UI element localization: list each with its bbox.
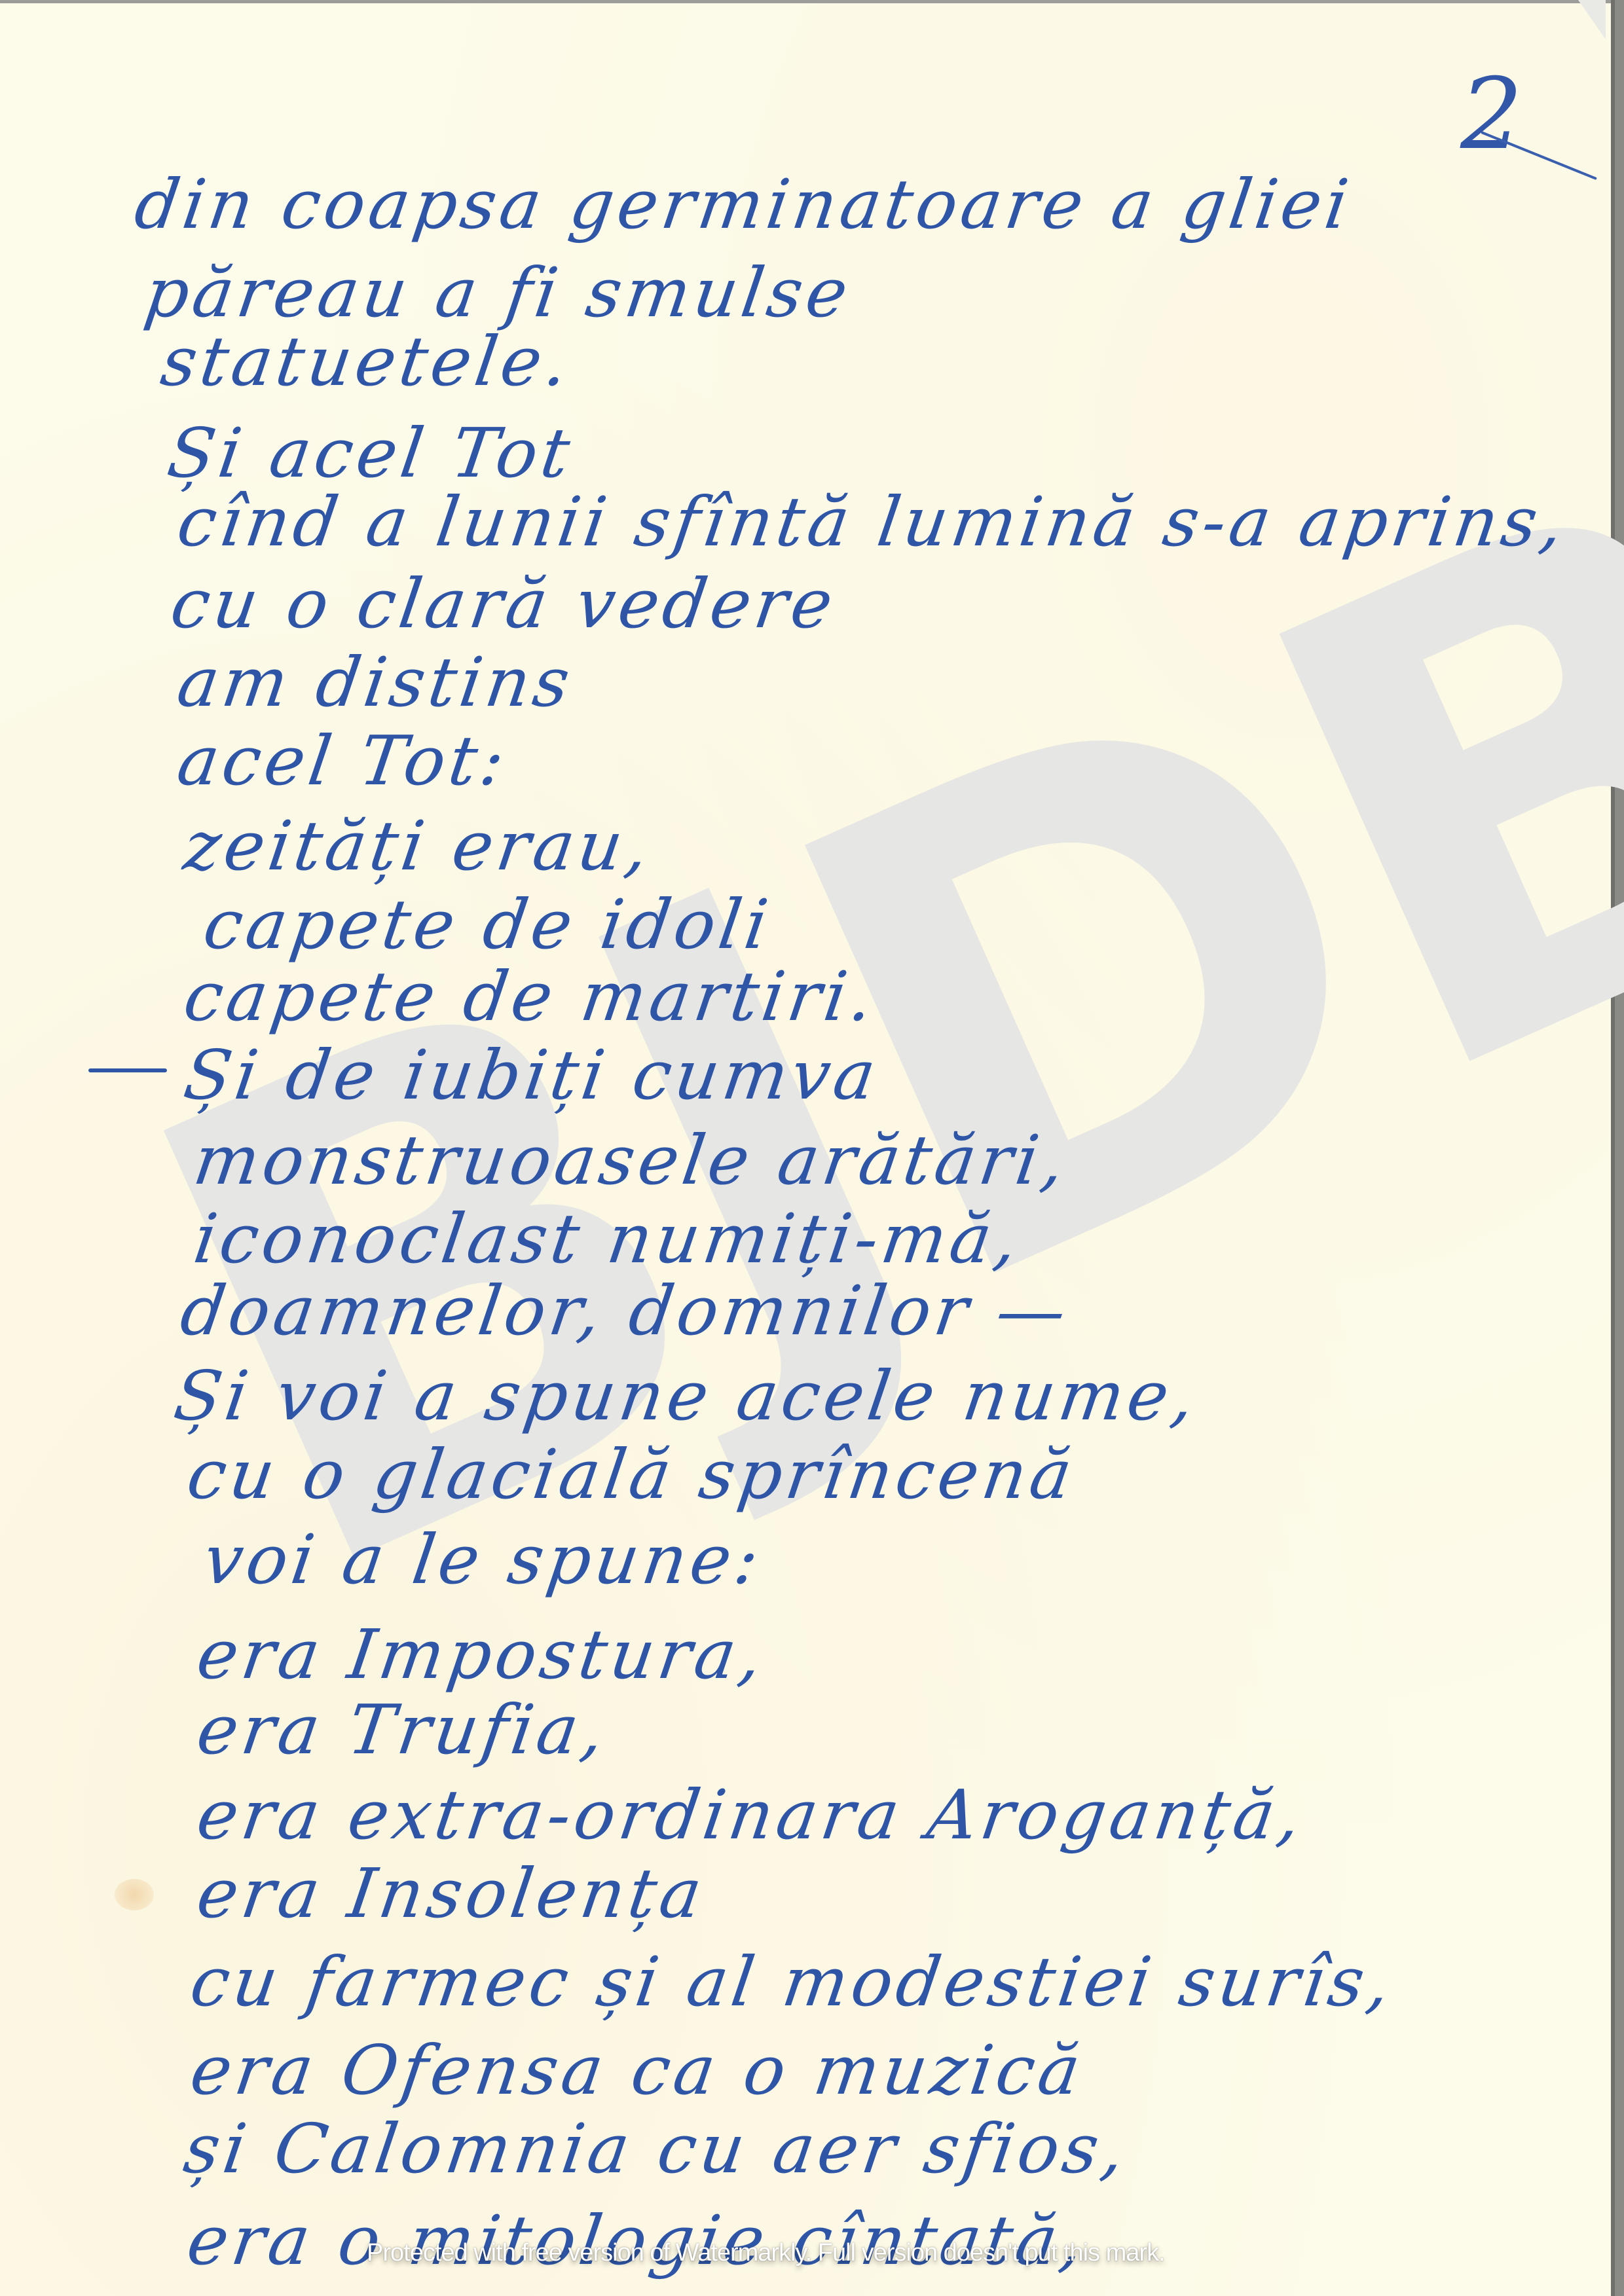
text-line: era Trufia, <box>193 1696 612 1764</box>
text-line: cînd a lunii sfîntă lumină s-a aprins, <box>174 488 1571 556</box>
text-line: cu o clară vedere <box>167 570 841 638</box>
text-line: era Ofensa ca o muzică <box>187 2036 1088 2104</box>
em-dash-mark <box>88 1068 167 1072</box>
text-line: statuetele. <box>157 327 576 395</box>
text-line: voi a le spune: <box>200 1525 767 1594</box>
text-line: Și acel Tot <box>164 419 578 487</box>
text-line: din coapsa germinatoare a gliei <box>131 170 1356 238</box>
text-line: capete de idoli <box>200 890 776 958</box>
text-line: și Calomnia cu aer sfios, <box>180 2115 1132 2183</box>
watermarkly-notice: Protected with free version of Watermark… <box>367 2239 1165 2267</box>
text-line: monstruoasele arătări, <box>190 1126 1073 1194</box>
text-line: era Insolența <box>193 1859 710 1927</box>
text-line: cu farmec și al modestiei surîs, <box>187 1948 1398 2016</box>
text-line: era extra-ordinara Aroganță, <box>193 1781 1309 1849</box>
text-line: iconoclast numiți-mă, <box>190 1205 1025 1273</box>
text-line: cu o glacială sprîncenă <box>183 1440 1080 1508</box>
text-line: acel Tot: <box>174 727 512 795</box>
text-line: am distins <box>174 648 578 716</box>
text-line: doamnelor, domnilor — <box>177 1277 1074 1345</box>
handwritten-text-block: din coapsa germinatoare a gliei păreau a… <box>0 0 1615 2296</box>
text-line: capete de martiri. <box>180 962 881 1030</box>
manuscript-page: BJDB 2 din coapsa germinatoare a gliei p… <box>0 0 1615 2296</box>
paper-stain <box>115 1879 154 1910</box>
text-line: Și voi a spune acele nume, <box>170 1362 1202 1430</box>
text-line: era Impostura, <box>193 1620 770 1688</box>
text-line: Și de iubiți cumva <box>180 1041 883 1109</box>
text-line: zeități erau, <box>180 812 656 880</box>
text-line: păreau a fi smulse <box>141 259 856 327</box>
